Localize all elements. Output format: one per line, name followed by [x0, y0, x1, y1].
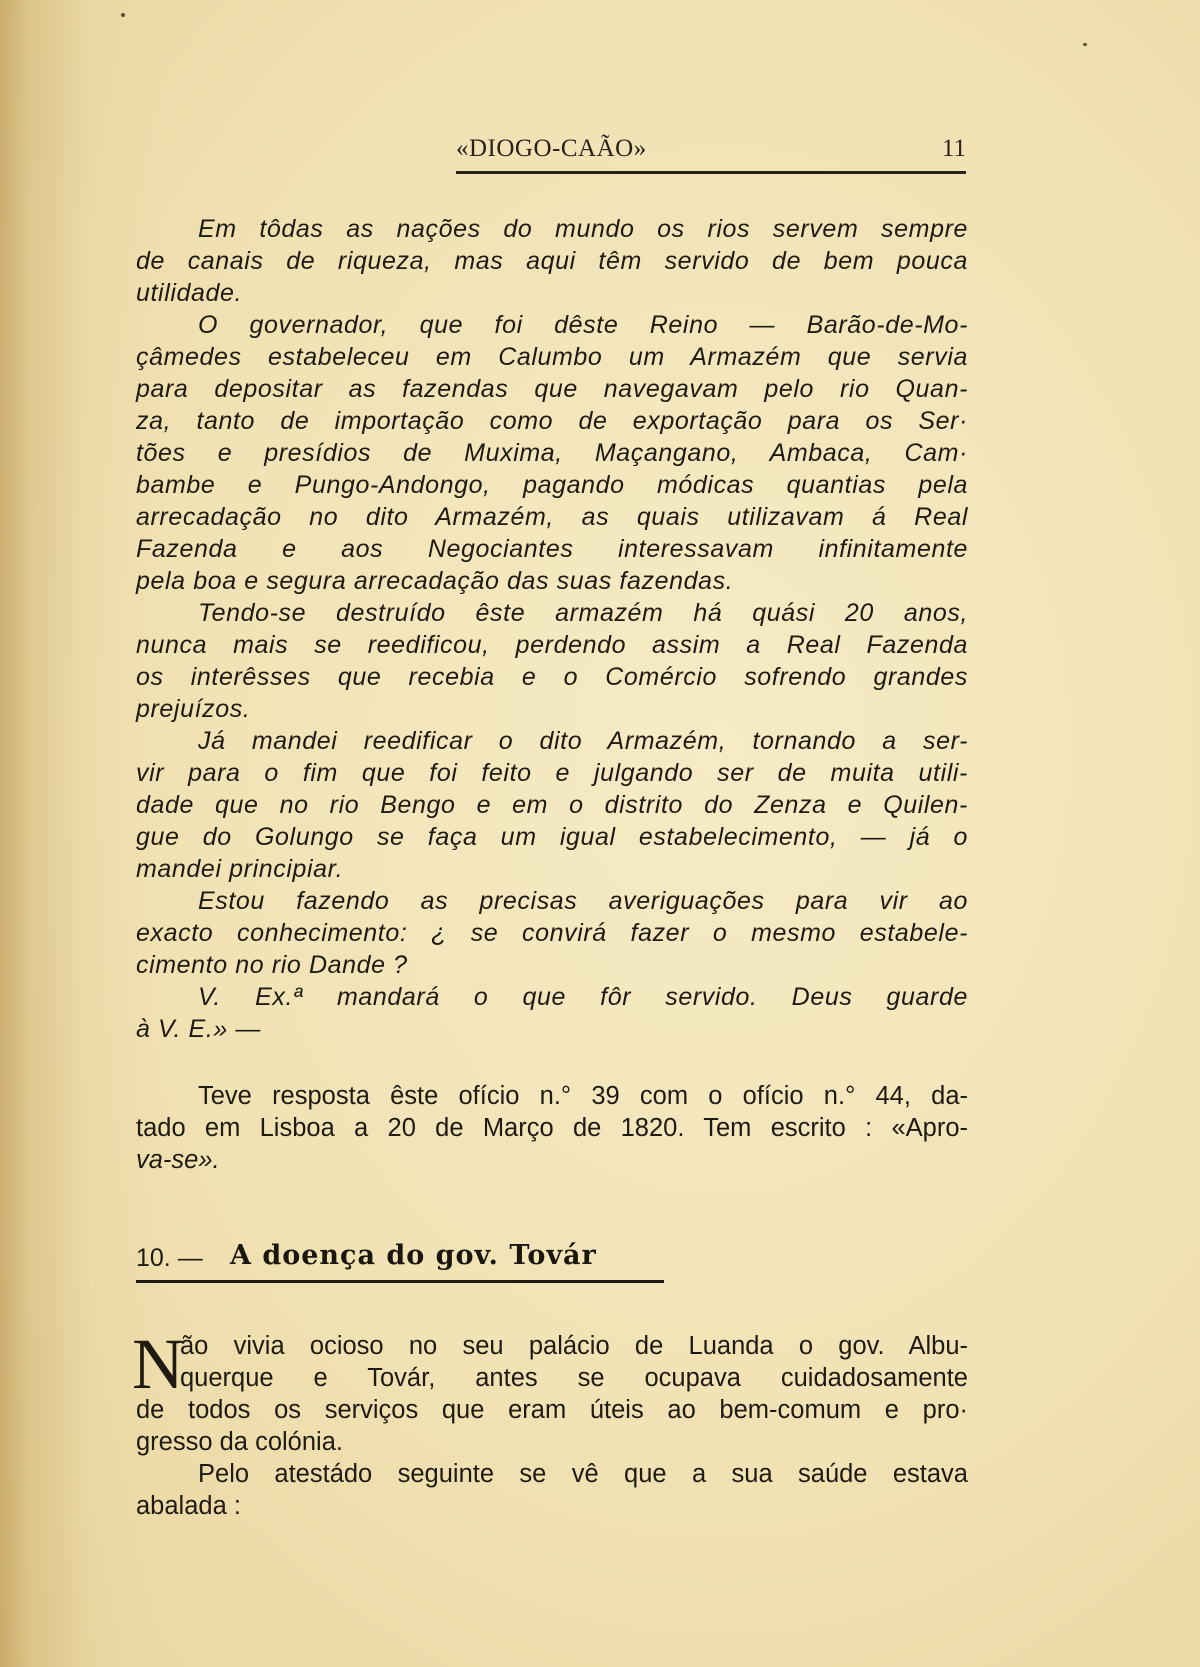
text-line: Teve resposta êste ofício n.° 39 com o o…	[198, 1080, 968, 1112]
text-line: Já mandei reedificar o dito Armazém, tor…	[198, 725, 968, 757]
section-title: A doença do gov. Továr	[230, 1240, 597, 1271]
text-line: exacto conhecimento: ¿ se convirá fazer …	[136, 917, 968, 949]
text-line: querque e Továr, antes se ocupava cuidad…	[180, 1362, 968, 1394]
text-line: arrecadação no dito Armazém, as quais ut…	[136, 501, 968, 533]
text-line: tado em Lisboa a 20 de Março de 1820. Te…	[136, 1112, 968, 1144]
text-line: ão vivia ocioso no seu palácio de Luanda…	[180, 1330, 968, 1362]
running-title: «DIOGO-CAÃO»	[456, 135, 647, 163]
text-line: para depositar as fazendas que navegavam…	[136, 373, 968, 405]
text-line: gresso da colónia.	[136, 1426, 968, 1458]
text-line: gue do Golungo se faça um igual estabele…	[136, 821, 968, 853]
text-line: cimento no rio Dande ?	[136, 949, 968, 981]
text-line: de todos os serviços que eram úteis ao b…	[136, 1394, 968, 1426]
text-line: abalada :	[136, 1490, 968, 1522]
text-line: za, tanto de importação como de exportaç…	[136, 405, 968, 437]
text-line: dade que no rio Bengo e em o distrito do…	[136, 789, 968, 821]
text-line: Em tôdas as nações do mundo os rios serv…	[198, 213, 968, 245]
text-line: nunca mais se reedificou, perdendo assim…	[136, 629, 968, 661]
paper-speck	[121, 13, 125, 17]
section-rule	[136, 1280, 664, 1283]
page-number: 11	[942, 135, 966, 163]
drop-cap: N	[132, 1328, 184, 1400]
text-line: Tendo-se destruído êste armazém há quási…	[198, 597, 968, 629]
section-heading: 10. — A doença do gov. Továr	[136, 1240, 664, 1282]
paper-speck	[1083, 43, 1087, 46]
text-line: çâmedes estabeleceu em Calumbo um Armazé…	[136, 341, 968, 373]
section-number: 10. —	[136, 1244, 203, 1273]
running-header: «DIOGO-CAÃO» 11	[456, 135, 966, 175]
text-line: à V. E.» —	[136, 1013, 968, 1045]
text-line: os interêsses que recebia e o Comércio s…	[136, 661, 968, 693]
text-line: mandei principiar.	[136, 853, 968, 885]
text-line: Estou fazendo as precisas averiguações p…	[198, 885, 968, 917]
text-line: pela boa e segura arrecadação das suas f…	[136, 565, 968, 597]
text-line: utilidade.	[136, 277, 968, 309]
text-line: bambe e Pungo-Andongo, pagando módicas q…	[136, 469, 968, 501]
text-line: vir para o fim que foi feito e julgando …	[136, 757, 968, 789]
text-line: Pelo atestádo seguinte se vê que a sua s…	[198, 1458, 968, 1490]
text-line: de canais de riqueza, mas aqui têm servi…	[136, 245, 968, 277]
book-page: «DIOGO-CAÃO» 11 Em tôdas as nações do mu…	[0, 0, 1200, 1667]
text-line: tões e presídios de Muxima, Maçangano, A…	[136, 437, 968, 469]
header-rule	[456, 171, 966, 174]
text-line: va-se».	[136, 1144, 968, 1176]
text-line: prejuízos.	[136, 693, 968, 725]
text-line: Fazenda e aos Negociantes interessavam i…	[136, 533, 968, 565]
text-line: O governador, que foi dêste Reino — Barã…	[198, 309, 968, 341]
text-line: V. Ex.ª mandará o que fôr servido. Deus …	[198, 981, 968, 1013]
